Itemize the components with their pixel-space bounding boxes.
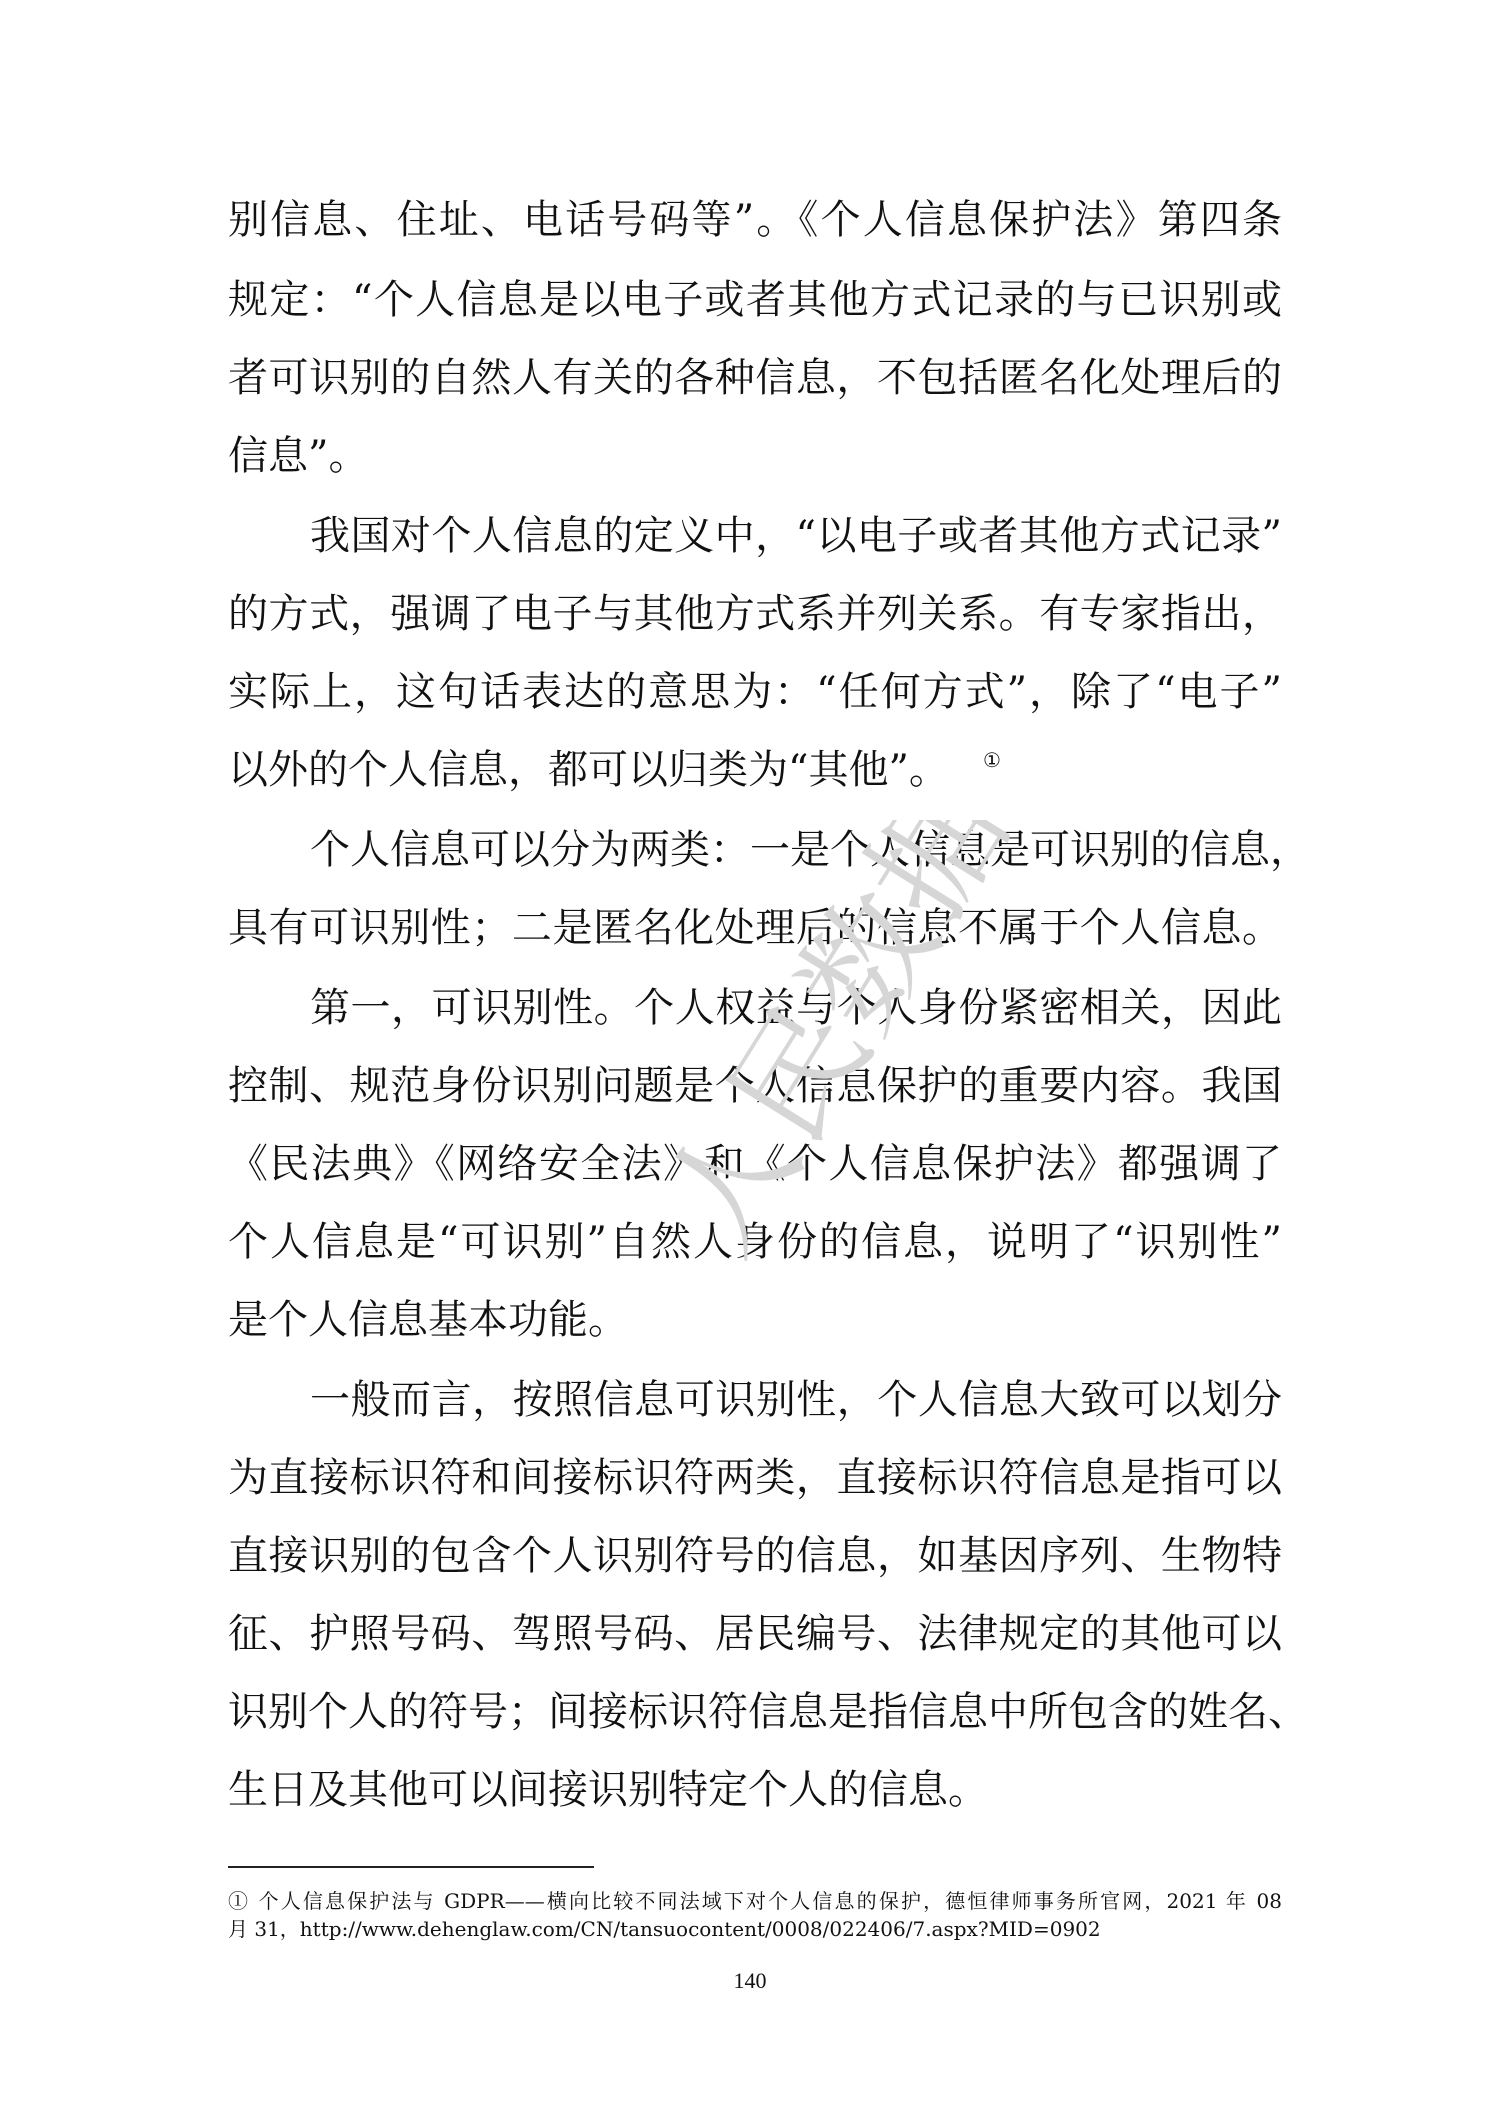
watermark-text: 人民数据	[632, 820, 1020, 1278]
paragraph-start-line: 个人信息可以分为两类：一是个人信息是可识别的信息，	[310, 826, 1282, 874]
footnote-separator	[228, 1866, 594, 1868]
body-line: 征、护照号码、驾照号码、居民编号、法律规定的其他可以	[228, 1610, 1282, 1658]
page-number: 140	[0, 1968, 1500, 1994]
body-line: 直接识别的包含个人识别符号的信息，如基因序列、生物特	[228, 1532, 1282, 1580]
body-line: 别信息、住址、电话号码等”。《个人信息保护法》第四条	[228, 196, 1282, 244]
body-line: 识别个人的符号；间接标识符信息是指信息中所包含的姓名、	[228, 1688, 1282, 1736]
body-line: 为直接标识符和间接标识符两类，直接标识符信息是指可以	[228, 1454, 1282, 1502]
body-line: 规定：“个人信息是以电子或者其他方式记录的与已识别或	[228, 276, 1282, 324]
paragraph-start-line: 我国对个人信息的定义中，“以电子或者其他方式记录”	[310, 512, 1282, 560]
body-line: 以外的个人信息，都可以归类为“其他”。	[228, 746, 1282, 794]
body-line: 《民法典》《网络安全法》和《个人信息保护法》都强调了	[228, 1140, 1282, 1188]
body-line: 的方式，强调了电子与其他方式系并列关系。有专家指出，	[228, 590, 1282, 638]
body-line: 信息”。	[228, 432, 1282, 480]
footnote-line: ① 个人信息保护法与 GDPR——横向比较不同法域下对个人信息的保护，德恒律师事…	[228, 1888, 1282, 1914]
paragraph-start-line: 第一，可识别性。个人权益与个人身份紧密相关，因此	[310, 984, 1282, 1032]
body-line: 者可识别的自然人有关的各种信息，不包括匿名化处理后的	[228, 354, 1282, 402]
body-line: 个人信息是“可识别”自然人身份的信息，说明了“识别性”	[228, 1218, 1282, 1266]
body-line: 实际上，这句话表达的意思为：“任何方式”，除了“电子”	[228, 668, 1282, 716]
body-line: 是个人信息基本功能。	[228, 1296, 1282, 1344]
body-line: 具有可识别性；二是匿名化处理后的信息不属于个人信息。	[228, 904, 1282, 952]
body-line: 生日及其他可以间接识别特定个人的信息。	[228, 1766, 1282, 1814]
body-line: 控制、规范身份识别问题是个人信息保护的重要内容。我国	[228, 1062, 1282, 1110]
paragraph-start-line: 一般而言，按照信息可识别性，个人信息大致可以划分	[310, 1376, 1282, 1424]
footnote-reference[interactable]: ①	[983, 750, 1001, 770]
footnote-line: 月 31，http://www.dehenglaw.com/CN/tansuoc…	[228, 1916, 1282, 1942]
